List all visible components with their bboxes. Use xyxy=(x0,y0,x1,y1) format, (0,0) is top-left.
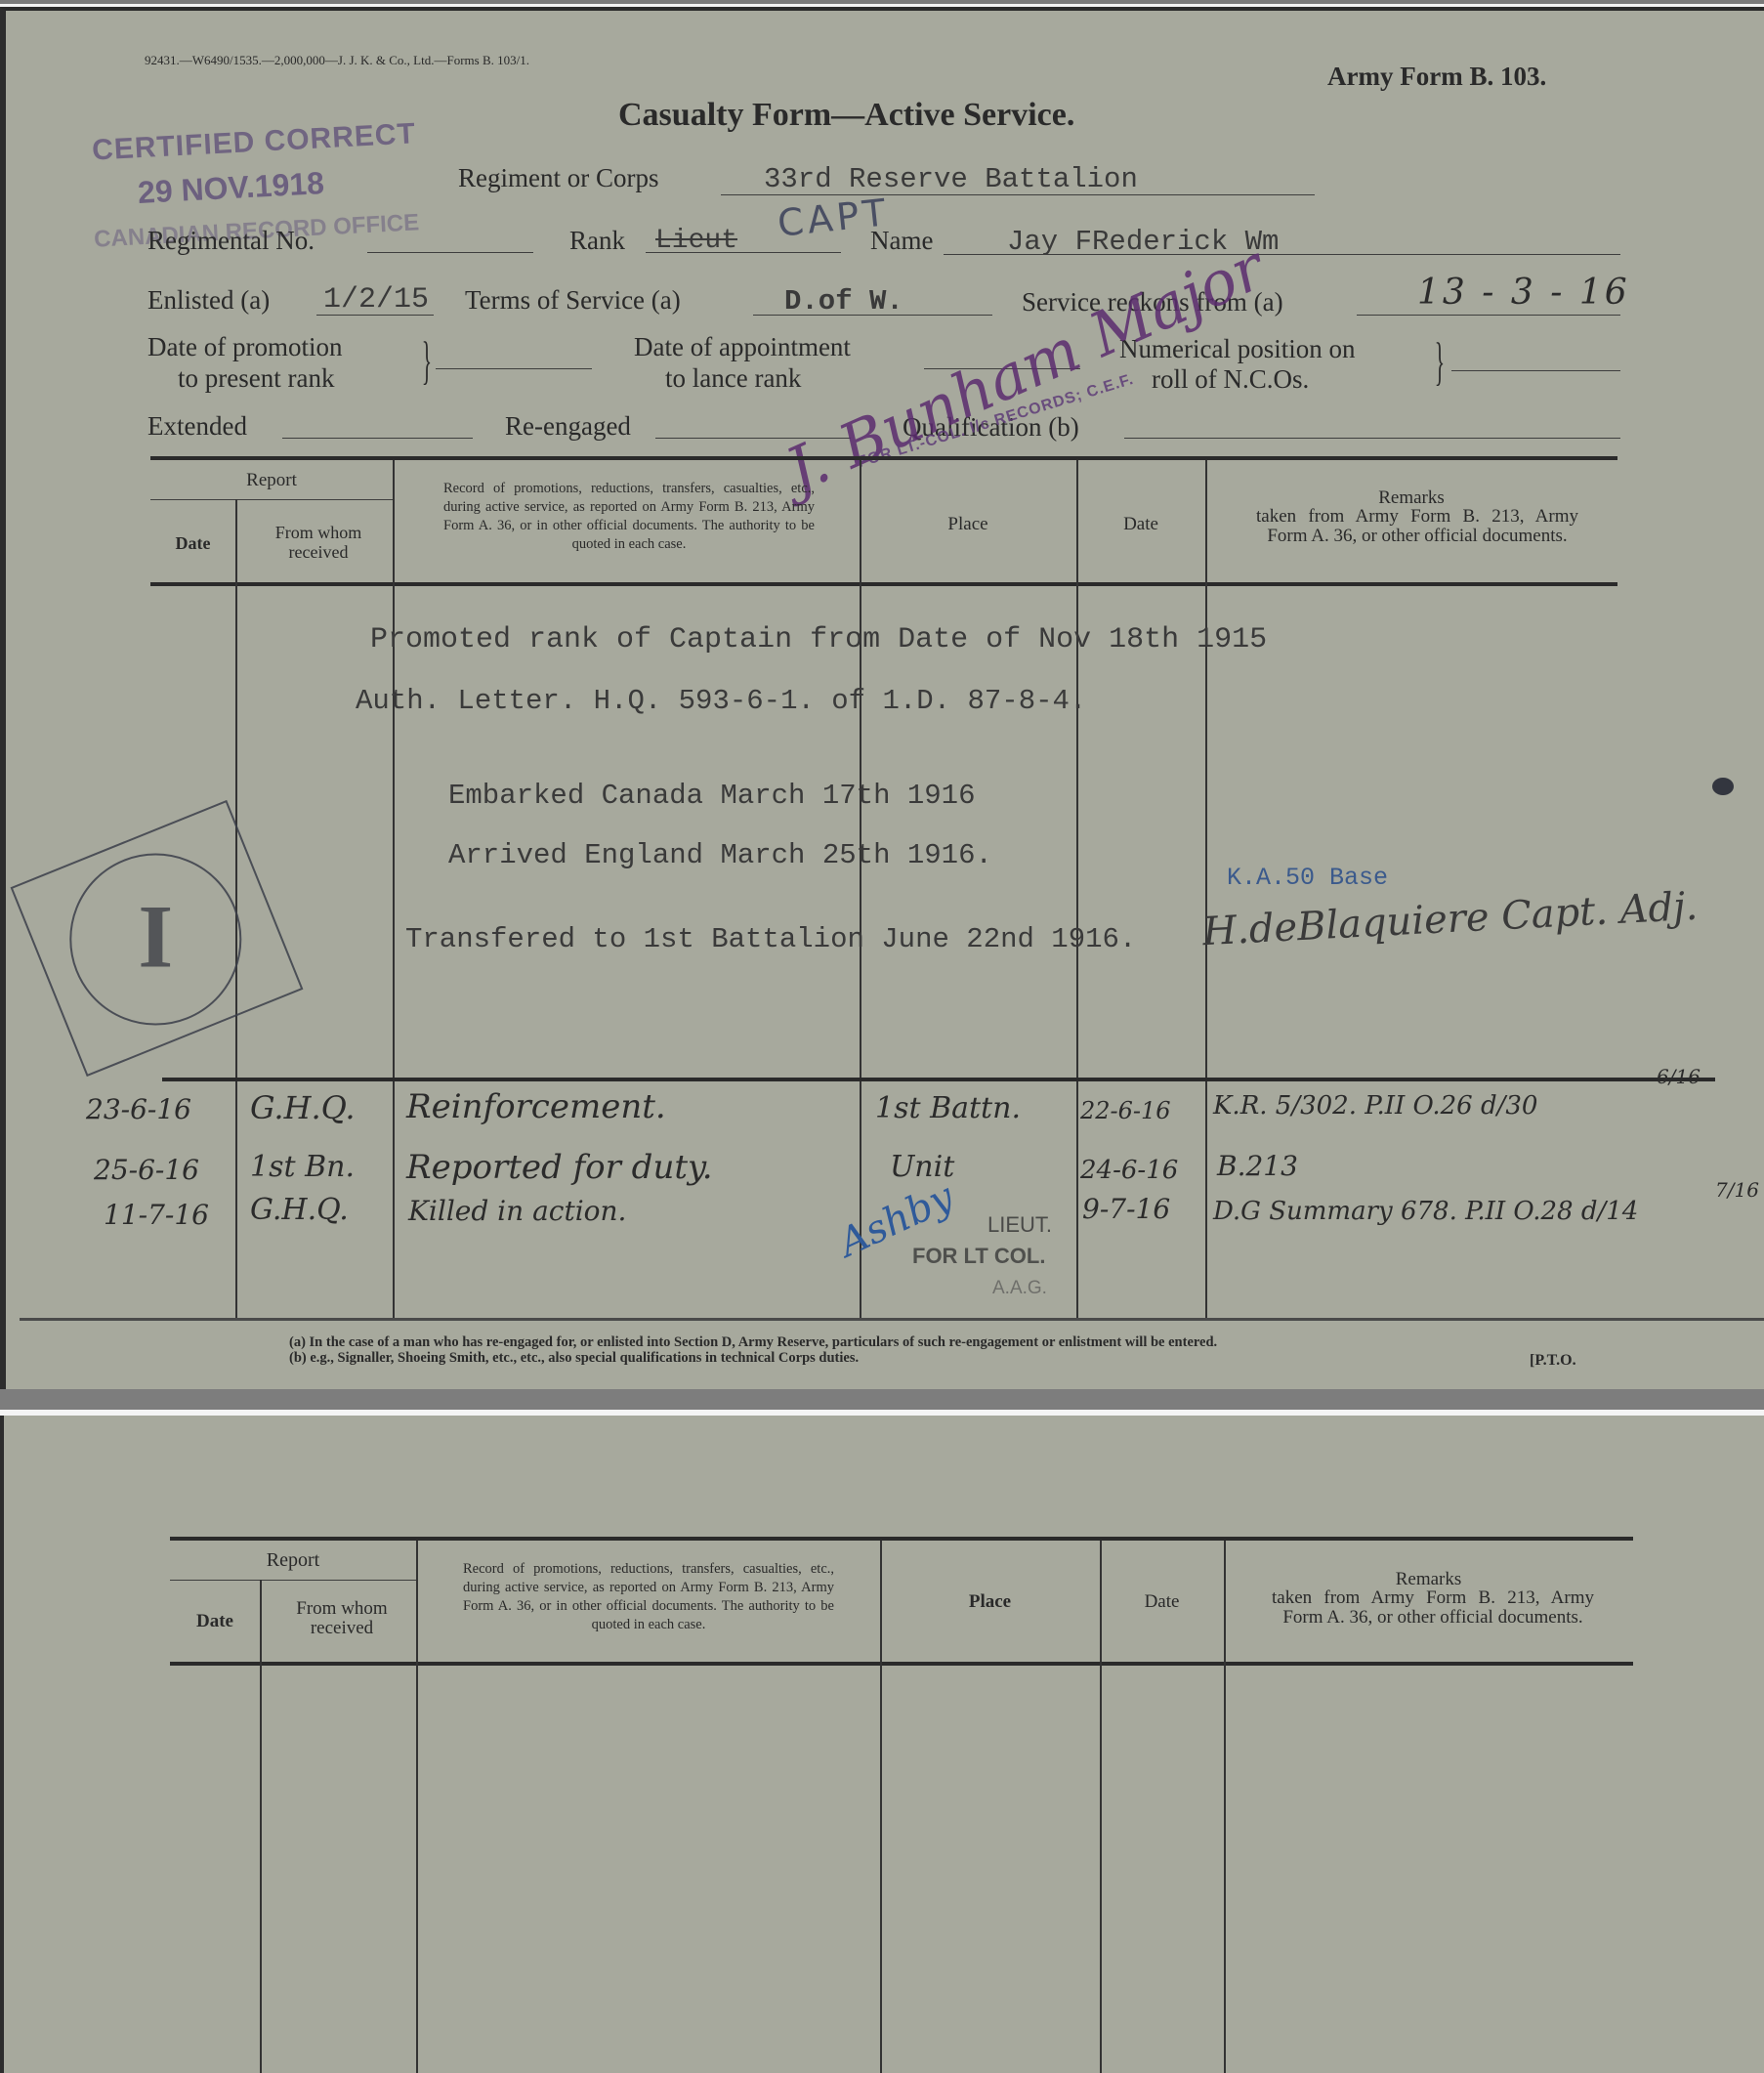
name-label: Name xyxy=(870,226,933,256)
row2-from: 1st Bn. xyxy=(250,1150,355,1184)
row2-remarks: B.213 xyxy=(1217,1150,1298,1182)
extended-field[interactable] xyxy=(282,438,473,439)
remarks-typed: K.A.50 Base xyxy=(1227,864,1388,892)
entries-rule xyxy=(162,1078,1715,1081)
row1-from: G.H.Q. xyxy=(250,1089,355,1126)
extended-label: Extended xyxy=(147,411,247,442)
row2-place: Unit xyxy=(890,1150,954,1184)
row3-date2: 9-7-16 xyxy=(1082,1193,1170,1225)
enlisted-label: Enlisted (a) xyxy=(147,285,270,316)
row3-fraction: 7/16 xyxy=(1715,1179,1759,1201)
typed-entry: Embarked Canada March 17th 1916 xyxy=(448,780,976,812)
form-page-front: 92431.—W6490/1535.—2,000,000—J. J. K. & … xyxy=(0,7,1764,1389)
rank-label: Rank xyxy=(569,226,625,256)
header-from-whom: From whom received xyxy=(270,1599,414,1638)
row1-date: 23-6-16 xyxy=(86,1093,191,1125)
table-top-rule xyxy=(170,1537,1633,1541)
print-code: 92431.—W6490/1535.—2,000,000—J. J. K. & … xyxy=(145,53,529,68)
lieut-stamp-line3: A.A.G. xyxy=(992,1278,1047,1299)
square-stamp: I xyxy=(11,800,304,1077)
header-report: Report xyxy=(170,1549,416,1572)
row1-record: Reinforcement. xyxy=(406,1087,666,1126)
header-remarks-text: taken from Army Form B. 213, Army Form A… xyxy=(1272,1588,1594,1628)
lieut-stamp-line1: LIEUT. xyxy=(987,1212,1052,1238)
typed-entry: Transfered to 1st Battalion June 22nd 19… xyxy=(405,923,1136,955)
table-bottom-rule xyxy=(20,1318,1764,1321)
row2-date: 25-6-16 xyxy=(94,1154,199,1186)
regiment-label: Regiment or Corps xyxy=(458,163,658,193)
header-date2: Date xyxy=(1100,1591,1224,1613)
page-gap xyxy=(0,1389,1764,1412)
lieut-stamp-line2: FOR LT COL. xyxy=(912,1244,1045,1269)
table-header-rule xyxy=(170,1662,1633,1666)
enlisted-value[interactable]: 1/2/15 xyxy=(323,283,429,317)
promotion-field[interactable] xyxy=(436,368,592,369)
terms-label: Terms of Service (a) xyxy=(465,285,681,316)
row2-date2: 24-6-16 xyxy=(1080,1156,1178,1185)
header-date2: Date xyxy=(1076,514,1205,535)
row3-from: G.H.Q. xyxy=(250,1193,349,1227)
terms-value[interactable]: D.of W. xyxy=(784,285,903,317)
page-title: Casualty Form—Active Service. xyxy=(618,97,1074,134)
footnote-b: (b) e.g., Signaller, Shoeing Smith, etc.… xyxy=(289,1350,859,1367)
header-place: Place xyxy=(860,514,1076,535)
table-top-rule xyxy=(150,456,1617,460)
report-underline xyxy=(150,499,393,500)
brace-icon: } xyxy=(422,334,432,387)
header-place: Place xyxy=(880,1591,1100,1613)
row1-place: 1st Battn. xyxy=(875,1091,1021,1125)
row3-record: Killed in action. xyxy=(408,1195,626,1227)
qualification-field[interactable] xyxy=(1124,438,1620,439)
footnote-a: (a) In the case of a man who has re-enga… xyxy=(289,1334,1217,1351)
header-date: Date xyxy=(170,1611,260,1632)
row1-fraction: 6/16 xyxy=(1657,1066,1701,1087)
typed-entry: Promoted rank of Captain from Date of No… xyxy=(370,623,1267,656)
reengaged-label: Re-engaged xyxy=(505,411,631,442)
numerical-label-2: roll of N.C.Os. xyxy=(1152,364,1309,395)
header-date: Date xyxy=(150,533,235,554)
ink-blot xyxy=(1712,778,1734,795)
pto-label: [P.T.O. xyxy=(1530,1352,1576,1370)
header-record: Record of promotions, reductions, transf… xyxy=(463,1560,834,1634)
typed-entry: Auth. Letter. H.Q. 593-6-1. of 1.D. 87-8… xyxy=(356,685,1086,717)
service-reckons-value[interactable]: 13 - 3 - 16 xyxy=(1417,273,1630,313)
circle-stamp: I xyxy=(69,854,241,1026)
report-underline xyxy=(170,1580,416,1581)
promotion-label-2: to present rank xyxy=(178,363,334,394)
certified-stamp-date: 29 NOV.1918 xyxy=(137,165,325,211)
regimental-no-label: Regimental No. xyxy=(147,226,315,256)
brace-icon: } xyxy=(1435,335,1445,388)
form-page-back: Report Date From whom received Record of… xyxy=(0,1416,1764,2073)
promotion-label-1: Date of promotion xyxy=(147,332,342,362)
regimental-no-field[interactable] xyxy=(367,252,533,253)
remarks-signature: H.deBlaquiere Capt. Adj. xyxy=(1201,884,1699,954)
numerical-field[interactable] xyxy=(1451,370,1620,371)
stamp-letter: I xyxy=(71,885,239,989)
header-report: Report xyxy=(150,470,393,491)
typed-entry: Arrived England March 25th 1916. xyxy=(448,839,992,871)
row3-remarks: D.G Summary 678. P.II O.28 d/14 xyxy=(1213,1197,1638,1226)
row3-date: 11-7-16 xyxy=(104,1199,209,1231)
appointment-label-1: Date of appointment xyxy=(634,332,851,362)
header-remarks-text: taken from Army Form B. 213, Army Form A… xyxy=(1256,507,1578,546)
row2-record: Reported for duty. xyxy=(406,1148,713,1187)
regiment-value[interactable]: 33rd Reserve Battalion xyxy=(764,163,1138,195)
form-number: Army Form B. 103. xyxy=(1327,62,1546,92)
header-from-whom: From whom received xyxy=(245,523,392,562)
appointment-label-2: to lance rank xyxy=(665,363,801,394)
table-header-rule xyxy=(150,582,1617,586)
row1-date2: 22-6-16 xyxy=(1080,1097,1171,1124)
row1-remarks: K.R. 5/302. P.II O.26 d/30 xyxy=(1213,1091,1537,1121)
header-record: Record of promotions, reductions, transf… xyxy=(443,480,815,554)
certified-stamp-line1: CERTIFIED CORRECT xyxy=(91,117,416,167)
